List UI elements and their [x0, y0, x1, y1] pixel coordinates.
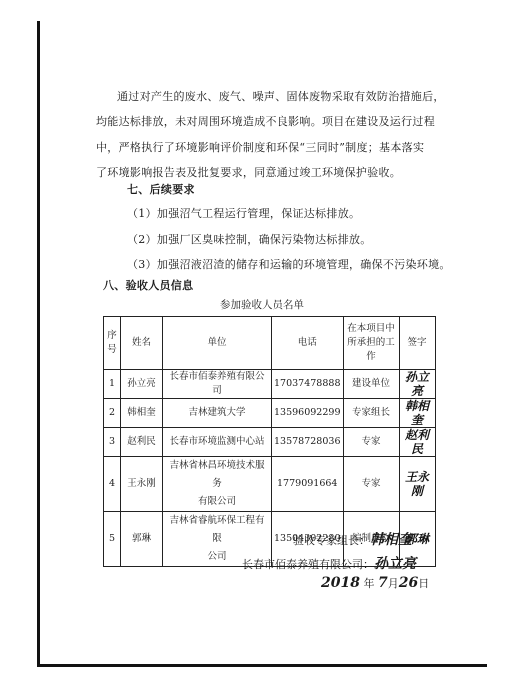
cell-role: 专家 [343, 428, 399, 457]
table-row: 3 赵利民 长春市环境监测中心站 13578728036 专家 赵利民 [104, 428, 436, 457]
cell-index: 1 [104, 370, 121, 399]
cell-name: 赵利民 [121, 428, 163, 457]
section-7-heading: 七、后续要求 [127, 181, 195, 197]
cell-role: 建设单位 [343, 370, 399, 399]
cell-phone: 1779091664 [272, 457, 344, 512]
company-label: 长春市佰泰养殖有限公司： [242, 558, 374, 571]
section-7-item-3: （3）加强沼液沼渣的储存和运输的环境管理，确保不污染环境。 [127, 256, 451, 272]
date-month-unit: 月 [388, 577, 399, 590]
company-line: 长春市佰泰养殖有限公司：孙立亮 [242, 553, 416, 573]
section-7-item-1: （1）加强沼气工程运行管理，保证达标排放。 [127, 205, 360, 221]
date-day-unit: 日 [418, 577, 429, 590]
cell-name: 孙立亮 [121, 370, 163, 399]
table-title: 参加验收人员名单 [0, 297, 524, 312]
paragraph-line-2: 均能达标排放，未对周围环境造成不良影响。项目在建设及运行过程 [96, 113, 435, 129]
paragraph-line-1: 通过对产生的废水、废气、噪声、固体废物采取有效防治措施后， [117, 88, 445, 104]
table-row: 1 孙立亮 长春市佰泰养殖有限公司 17037478888 建设单位 孙立亮 [104, 370, 436, 399]
header-name: 姓名 [121, 317, 163, 370]
cell-unit: 吉林建筑大学 [163, 399, 272, 428]
page-left-border [37, 21, 40, 667]
cell-name: 韩相奎 [121, 399, 163, 428]
date-year: 2018 [321, 575, 360, 591]
cell-index: 2 [104, 399, 121, 428]
header-phone: 电话 [272, 317, 344, 370]
paragraph-line-3: 中，严格执行了环境影响评价制度和环保“三同时”制度；基本落实 [96, 139, 424, 155]
table-row: 2 韩相奎 吉林建筑大学 13596092299 专家组长 韩相奎 [104, 399, 436, 428]
cell-phone: 17037478888 [272, 370, 344, 399]
cell-unit: 长春市环境监测中心站 [163, 428, 272, 457]
expert-leader-signature: 韩相奎 [370, 532, 412, 548]
cell-phone: 13596092299 [272, 399, 344, 428]
header-unit: 单位 [163, 317, 272, 370]
cell-signature: 赵利民 [399, 428, 435, 457]
cell-phone: 13578728036 [272, 428, 344, 457]
cell-name: 郭琳 [121, 512, 163, 567]
cell-unit: 吉林省林昌环境技术服务 有限公司 [163, 457, 272, 512]
signing-date: 2018 年 7月26日 [321, 575, 429, 591]
section-7-item-2: （2）加强厂区臭味控制，确保污染物达标排放。 [127, 231, 372, 247]
company-signature: 孙立亮 [374, 556, 416, 572]
cell-index: 5 [104, 512, 121, 567]
header-role: 在本项目中 所承担的工 作 [343, 317, 399, 370]
table-header-row: 序号 姓名 单位 电话 在本项目中 所承担的工 作 签字 [104, 317, 436, 370]
expert-leader-line: 验收专家组长：韩相奎 [293, 529, 412, 549]
cell-index: 4 [104, 457, 121, 512]
cell-signature: 王永刚 [399, 457, 435, 512]
header-signature: 签字 [399, 317, 435, 370]
cell-role: 专家组长 [343, 399, 399, 428]
date-day: 26 [399, 575, 418, 591]
cell-index: 3 [104, 428, 121, 457]
cell-role: 专家 [343, 457, 399, 512]
date-month: 7 [378, 575, 388, 591]
header-index: 序号 [104, 317, 121, 370]
page-bottom-border [37, 664, 487, 667]
paragraph-line-4: 了环境影响报告表及批复要求，同意通过竣工环境保护验收。 [96, 164, 401, 180]
table-row: 4 王永刚 吉林省林昌环境技术服务 有限公司 1779091664 专家 王永刚 [104, 457, 436, 512]
date-year-unit: 年 [363, 577, 374, 590]
expert-leader-label: 验收专家组长： [293, 534, 370, 547]
cell-name: 王永刚 [121, 457, 163, 512]
cell-unit: 长春市佰泰养殖有限公司 [163, 370, 272, 399]
cell-signature: 孙立亮 [399, 370, 435, 399]
cell-signature: 韩相奎 [399, 399, 435, 428]
section-8-heading: 八、验收人员信息 [103, 277, 193, 293]
